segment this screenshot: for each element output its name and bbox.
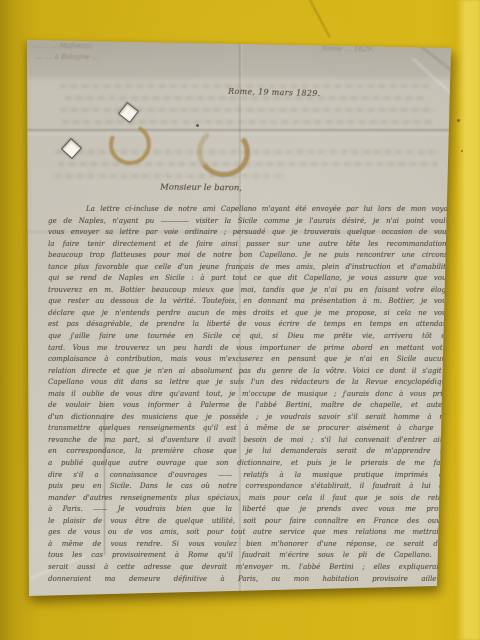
body-line: transmettre quelques renseignements qu'i… bbox=[48, 423, 450, 435]
body-line: complaisance à contribution, mais vous m… bbox=[48, 354, 450, 366]
letter-body: La lettre ci-incluse de notre ami Capell… bbox=[48, 204, 450, 585]
body-line: mander d'autres renseignements plus spéc… bbox=[48, 493, 450, 505]
photo-of-letter: … … … Malvezzi, … … à Bologne … Rome … 1… bbox=[0, 0, 480, 640]
ink-bleedthrough-line bbox=[55, 174, 285, 178]
body-line: tance plus favorable que celle d'un jeun… bbox=[48, 262, 450, 274]
body-line: Capellano vous dit dans sa lettre que je… bbox=[48, 377, 450, 389]
body-line: serait aussi à cette adresse que devrait… bbox=[48, 562, 450, 574]
body-line: qui se rend de Naples en Sicile : à part… bbox=[48, 273, 450, 285]
body-line: trouverez en m. Bottier beaucoup mieux q… bbox=[48, 285, 450, 297]
body-line: relation directe et que je n'en ai absol… bbox=[48, 366, 450, 378]
body-line: tard. Vous me trouverez un peu hardi de … bbox=[48, 343, 450, 355]
ink-bleedthrough-line bbox=[65, 96, 425, 100]
letter-paper: … … … Malvezzi, … … à Bologne … Rome … 1… bbox=[0, 0, 480, 640]
body-line: déclare que je n'entends perdre aucun de… bbox=[48, 308, 450, 320]
body-line: est pas désagréable, de prendre la liber… bbox=[48, 319, 450, 331]
body-line: d'un dictionnaire des musiciens que je p… bbox=[48, 412, 450, 424]
body-line: le plaisir de vous être de quelque utili… bbox=[48, 516, 450, 528]
body-line: vous envoyer sa lettre par voie ordinair… bbox=[48, 227, 450, 239]
body-line: la faire tenir directement et de faire a… bbox=[48, 239, 450, 251]
paper-sheet: … … … Malvezzi, … … à Bologne … Rome … 1… bbox=[0, 0, 480, 640]
body-line: dire s'il a connaissance d'ouvrages —— r… bbox=[48, 470, 450, 482]
body-line: que j'aille faire une tournée en Sicile … bbox=[48, 331, 450, 343]
ink-bleedthrough-line bbox=[58, 162, 438, 166]
body-line: en correspondance, la première chose que… bbox=[48, 446, 450, 458]
body-line: ge de Naples, n'ayant pu ———— visiter la… bbox=[48, 216, 450, 228]
archival-note-left-line1: … … … Malvezzi, bbox=[32, 42, 93, 50]
ink-speck bbox=[196, 124, 199, 127]
body-line: à Paris. —— Je voudrais bien que la libe… bbox=[48, 504, 450, 516]
archival-note-right: Rome … 1829. bbox=[322, 45, 374, 54]
body-line: ges de vous ou de vos amis, soit pour to… bbox=[48, 527, 450, 539]
horizontal-fold-crease bbox=[27, 129, 451, 131]
body-line: à même de vous rendre. Si vous voulez bi… bbox=[48, 539, 450, 551]
ink-bleedthrough-line bbox=[60, 108, 435, 112]
ink-bleedthrough-line bbox=[62, 120, 432, 124]
body-line: mais il oublie de vous dire qu'avant tou… bbox=[48, 389, 450, 401]
body-line: a publié quelque autre ouvrage que son d… bbox=[48, 458, 450, 470]
body-line: beaucoup trop flatteuses pour moi de not… bbox=[48, 250, 450, 262]
body-line: de vouloir bien vous informer à Palerme … bbox=[48, 400, 450, 412]
body-line: revanche de ma part, si d'aventure il av… bbox=[48, 435, 450, 447]
archival-note-left-line2: … … à Bologne … bbox=[36, 53, 99, 61]
body-line: que rester au dessous de la vérité. Tout… bbox=[48, 296, 450, 308]
body-line: La lettre ci-incluse de notre ami Capell… bbox=[48, 204, 450, 216]
letter-salutation: Monsieur le baron, bbox=[160, 183, 242, 194]
body-line: donneraient ma demeure définitive à Pari… bbox=[48, 574, 450, 586]
body-line: puis peu en Sicile. Dans le cas où notre… bbox=[48, 481, 450, 493]
body-line: tous les cas provisoirement à Rome qu'il… bbox=[48, 550, 450, 562]
